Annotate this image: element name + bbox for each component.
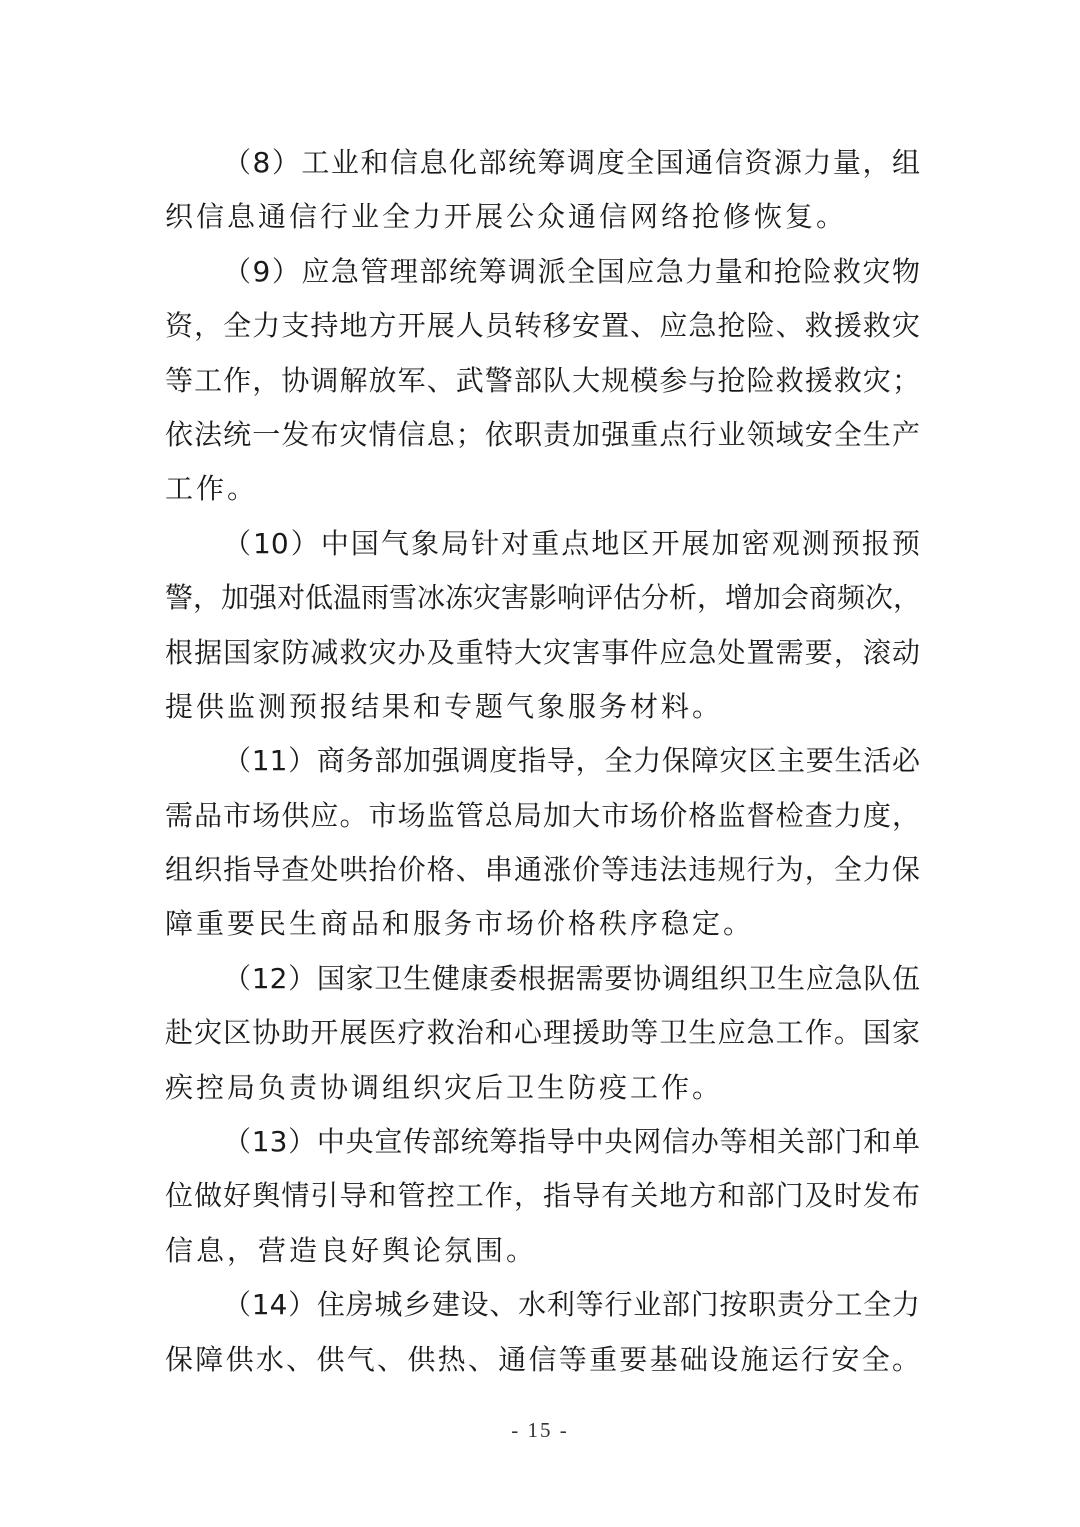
- text-line: （8）工业和信息化部统筹调度全国通信资源力量，组: [165, 136, 920, 190]
- text-line: 织信息通信行业全力开展公众通信网络抢修恢复。: [165, 190, 920, 244]
- text-line: （13）中央宣传部统筹指导中央网信办等相关部门和单: [165, 1115, 920, 1169]
- paragraph-item-12: （12）国家卫生健康委根据需要协调组织卫生应急队伍 赴灾区协助开展医疗救治和心理…: [165, 952, 920, 1115]
- text-line: 根据国家防减救灾办及重特大灾害事件应急处置需要，滚动: [165, 626, 920, 680]
- text-line: 疾控局负责协调组织灾后卫生防疫工作。: [165, 1061, 920, 1115]
- paragraph-item-13: （13）中央宣传部统筹指导中央网信办等相关部门和单 位做好舆情引导和管控工作，指…: [165, 1115, 920, 1278]
- text-line: 提供监测预报结果和专题气象服务材料。: [165, 680, 920, 734]
- paragraph-item-11: （11）商务部加强调度指导，全力保障灾区主要生活必 需品市场供应。市场监管总局加…: [165, 734, 920, 952]
- text-line: （12）国家卫生健康委根据需要协调组织卫生应急队伍: [165, 952, 920, 1006]
- text-line: （9）应急管理部统筹调派全国应急力量和抢险救灾物: [165, 245, 920, 299]
- document-body: （8）工业和信息化部统筹调度全国通信资源力量，组 织信息通信行业全力开展公众通信…: [165, 136, 920, 1387]
- text-line: 需品市场供应。市场监管总局加大市场价格监督检查力度，: [165, 789, 920, 843]
- paragraph-item-8: （8）工业和信息化部统筹调度全国通信资源力量，组 织信息通信行业全力开展公众通信…: [165, 136, 920, 245]
- text-line: 保障供水、供气、供热、通信等重要基础设施运行安全。: [165, 1333, 920, 1387]
- text-line: （11）商务部加强调度指导，全力保障灾区主要生活必: [165, 734, 920, 788]
- text-line: （10）中国气象局针对重点地区开展加密观测预报预: [165, 517, 920, 571]
- paragraph-item-14: （14）住房城乡建设、水利等行业部门按职责分工全力 保障供水、供气、供热、通信等…: [165, 1278, 920, 1387]
- text-line: 依法统一发布灾情信息；依职责加强重点行业领域安全生产: [165, 408, 920, 462]
- text-line: 位做好舆情引导和管控工作，指导有关地方和部门及时发布: [165, 1169, 920, 1223]
- text-line: 信息，营造良好舆论氛围。: [165, 1224, 920, 1278]
- document-page: （8）工业和信息化部统筹调度全国通信资源力量，组 织信息通信行业全力开展公众通信…: [0, 0, 1080, 1527]
- text-line: 警，加强对低温雨雪冰冻灾害影响评估分析，增加会商频次，: [165, 571, 920, 625]
- text-line: 资，全力支持地方开展人员转移安置、应急抢险、救援救灾: [165, 299, 920, 353]
- text-line: 等工作，协调解放军、武警部队大规模参与抢险救援救灾；: [165, 354, 920, 408]
- text-line: 障重要民生商品和服务市场价格秩序稳定。: [165, 897, 920, 951]
- text-line: （14）住房城乡建设、水利等行业部门按职责分工全力: [165, 1278, 920, 1332]
- paragraph-item-10: （10）中国气象局针对重点地区开展加密观测预报预 警，加强对低温雨雪冰冻灾害影响…: [165, 517, 920, 735]
- paragraph-item-9: （9）应急管理部统筹调派全国应急力量和抢险救灾物 资，全力支持地方开展人员转移安…: [165, 245, 920, 517]
- page-number: - 15 -: [0, 1418, 1080, 1443]
- text-line: 工作。: [165, 462, 920, 516]
- text-line: 组织指导查处哄抬价格、串通涨价等违法违规行为，全力保: [165, 843, 920, 897]
- text-line: 赴灾区协助开展医疗救治和心理援助等卫生应急工作。国家: [165, 1006, 920, 1060]
